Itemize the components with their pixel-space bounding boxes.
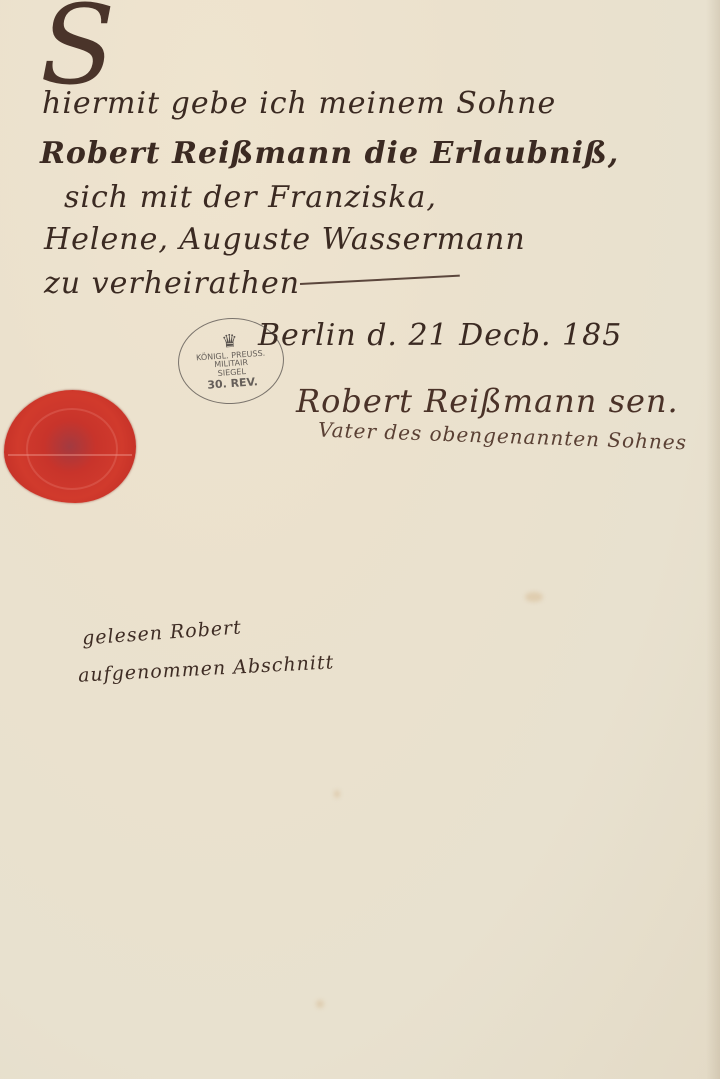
margin-note-line-2: aufgenommen Abschnitt (78, 651, 335, 686)
eagle-emblem-icon: ♛ (221, 331, 238, 352)
margin-note-line-1: gelesen Robert (81, 616, 242, 649)
page-edge (706, 0, 720, 1079)
body-line-5: zu verheirathen (44, 266, 300, 301)
seal-ring (26, 408, 118, 490)
signature: Robert Reißmann sen. (296, 382, 679, 420)
body-line-3: sich mit der Franziska, (64, 180, 437, 215)
paper-stain (316, 1000, 324, 1008)
stamp-line-4: 30. REV. (207, 376, 258, 392)
wax-seal (4, 390, 136, 503)
paper-stain (334, 790, 340, 798)
decorative-initial: S (40, 0, 115, 100)
body-line-1: hiermit gebe ich meinem Sohne (42, 86, 556, 121)
body-line-2: Robert Reißmann die Erlaubniß, (40, 136, 619, 171)
closing-stroke (300, 275, 460, 285)
place-and-date: Berlin d. 21 Decb. 185 (258, 318, 622, 353)
signature-role: Vater des obengenannten Sohnes (318, 418, 688, 455)
paper-stain (525, 592, 543, 602)
body-line-4: Helene, Auguste Wassermann (44, 222, 526, 257)
seal-crease (8, 454, 132, 456)
